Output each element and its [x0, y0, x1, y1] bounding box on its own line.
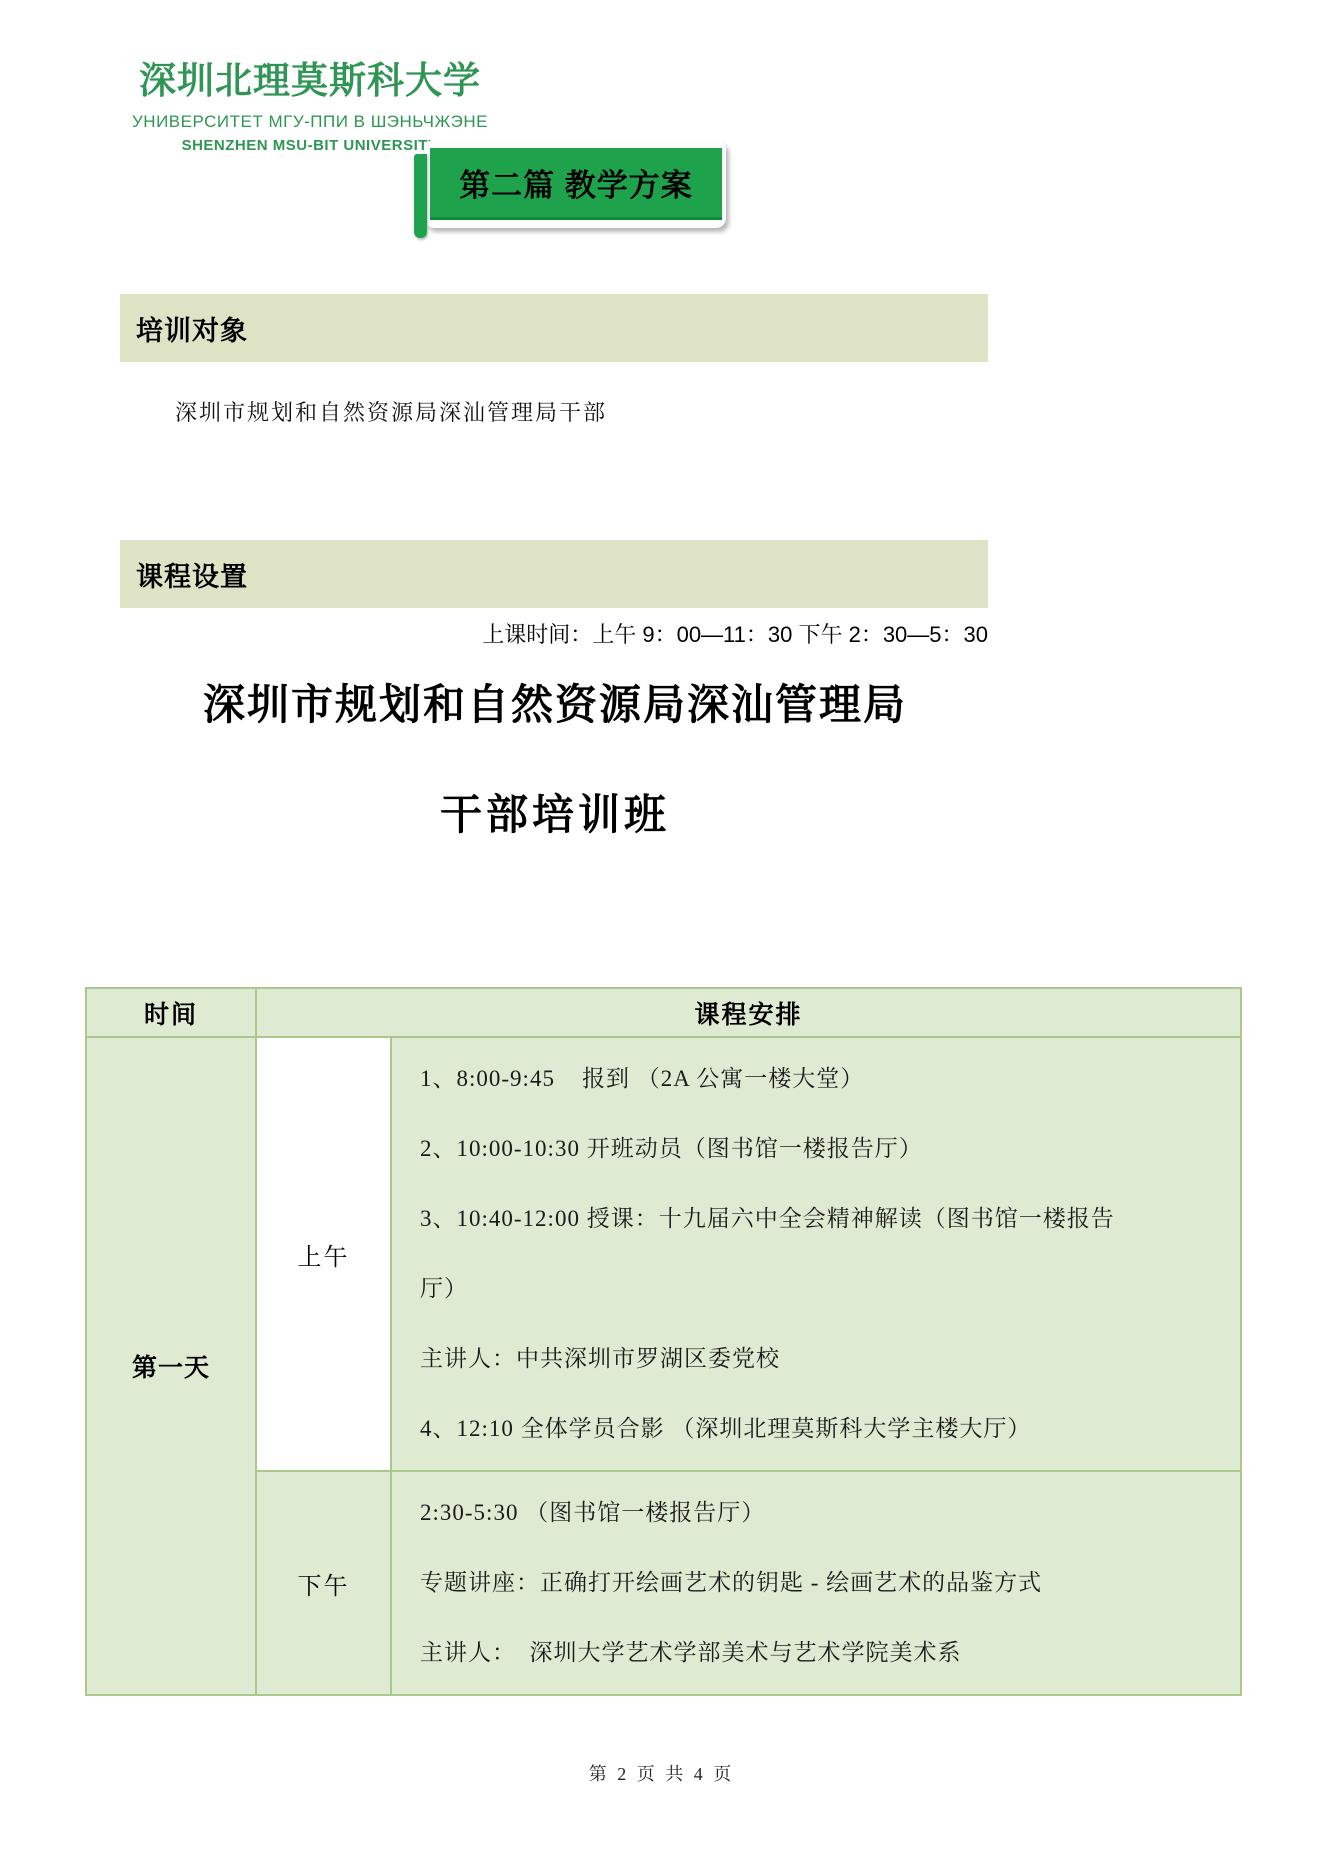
period-afternoon-cell: 下午 — [256, 1471, 391, 1695]
banner-left-accent — [414, 154, 427, 238]
section-bar-training-target: 培训对象 — [120, 294, 988, 362]
schedule-item: 专题讲座：正确打开绘画艺术的钥匙 - 绘画艺术的品鉴方式 — [420, 1548, 1145, 1618]
schedule-item: 4、12:10 全体学员合影 （深圳北理莫斯科大学主楼大厅） — [420, 1394, 1145, 1464]
table-row-morning: 第一天 上午 1、8:00-9:45 报到 （2A 公寓一楼大堂） 2、10:0… — [86, 1037, 1241, 1471]
class-time-line: 上课时间：上午 9：00—11：30 下午 2：30—5：30 — [120, 618, 988, 649]
banner-title-box: 第二篇 教学方案 — [430, 148, 722, 220]
document-page: 深圳北理莫斯科大学 УНИВЕРСИТЕТ МГУ-ППИ В ШЭНЬЧЖЭН… — [0, 0, 1323, 1871]
page-number: 第 2 页 共 4 页 — [0, 1760, 1323, 1786]
table-header-row: 时间 课程安排 — [86, 988, 1241, 1037]
section-heading-course-setup: 课程设置 — [136, 555, 248, 594]
banner-title: 第二篇 教学方案 — [459, 160, 693, 205]
schedule-item: 主讲人：中共深圳市罗湖区委党校 — [420, 1324, 1145, 1394]
column-header-time: 时间 — [86, 988, 256, 1037]
schedule-item: 2、10:00-10:30 开班动员（图书馆一楼报告厅） — [420, 1114, 1145, 1184]
training-target-body: 深圳市规划和自然资源局深汕管理局干部 — [175, 396, 607, 427]
course-title: 深圳市规划和自然资源局深汕管理局 干部培训班 — [85, 672, 1025, 842]
logo-chinese-name: 深圳北理莫斯科大学 — [128, 50, 492, 104]
schedule-item: 3、10:40-12:00 授课：十九届六中全会精神解读（图书馆一楼报告厅） — [420, 1184, 1145, 1324]
morning-schedule-cell: 1、8:00-9:45 报到 （2A 公寓一楼大堂） 2、10:00-10:30… — [391, 1037, 1241, 1471]
schedule-item: 1、8:00-9:45 报到 （2A 公寓一楼大堂） — [420, 1044, 1145, 1114]
schedule-item: 2:30-5:30 （图书馆一楼报告厅） — [420, 1478, 1145, 1548]
afternoon-schedule-cell: 2:30-5:30 （图书馆一楼报告厅） 专题讲座：正确打开绘画艺术的钥匙 - … — [391, 1471, 1241, 1695]
day-one-cell: 第一天 — [86, 1037, 256, 1695]
column-header-arrangement: 课程安排 — [256, 988, 1241, 1037]
period-morning-cell: 上午 — [256, 1037, 391, 1471]
section-heading-training-target: 培训对象 — [136, 309, 248, 348]
schedule-item: 主讲人： 深圳大学艺术学部美术与艺术学院美术系 — [420, 1618, 1145, 1688]
schedule-table: 时间 课程安排 第一天 上午 1、8:00-9:45 报到 （2A 公寓一楼大堂… — [85, 987, 1242, 1696]
chapter-banner: 第二篇 教学方案 — [408, 138, 738, 246]
logo-russian-name: УНИВЕРСИТЕТ МГУ-ППИ В ШЭНЬЧЖЭНЕ — [128, 112, 492, 132]
section-bar-course-setup: 课程设置 — [120, 540, 988, 608]
course-title-line2: 干部培训班 — [85, 782, 1025, 842]
course-title-line1: 深圳市规划和自然资源局深汕管理局 — [85, 672, 1025, 732]
table-row-afternoon: 下午 2:30-5:30 （图书馆一楼报告厅） 专题讲座：正确打开绘画艺术的钥匙… — [86, 1471, 1241, 1695]
